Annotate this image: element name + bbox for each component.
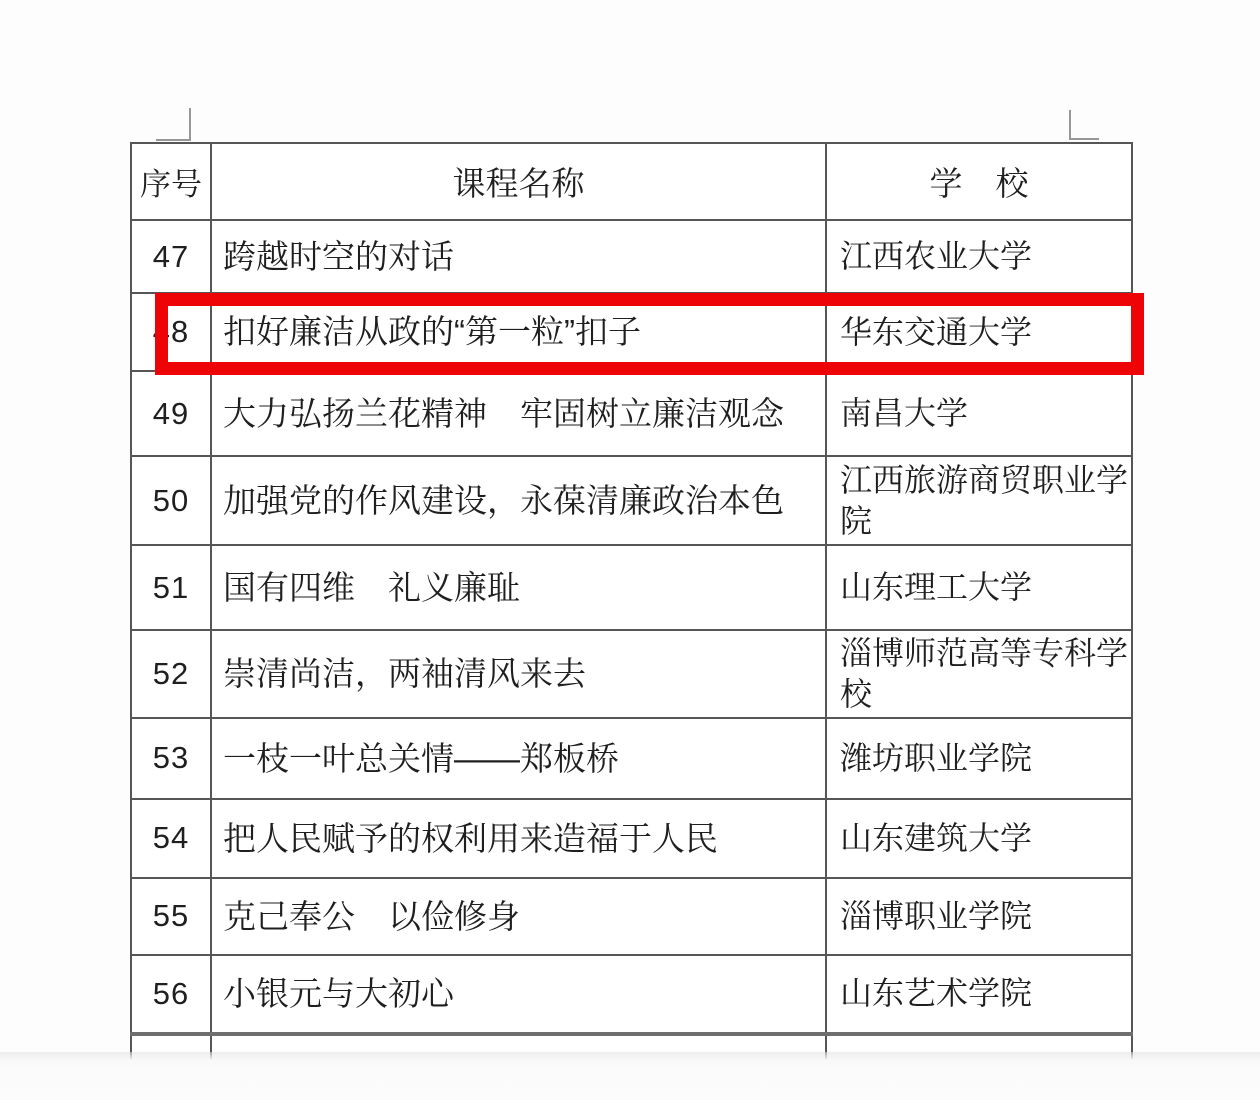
row-no: 56: [131, 955, 211, 1034]
highlight-box: [155, 293, 1144, 375]
header-school: 学 校: [826, 143, 1132, 220]
table-row: 56 小银元与大初心 山东艺术学院: [131, 955, 1132, 1034]
table-row: 50 加强党的作风建设，永葆清廉政治本色 江西旅游商贸职业学院: [131, 456, 1132, 545]
row-school: 潍坊职业学院: [826, 718, 1132, 799]
table-row: 53 一枝一叶总关情——郑板桥 潍坊职业学院: [131, 718, 1132, 799]
row-course: 一枝一叶总关情——郑板桥: [211, 718, 826, 799]
crop-artifact-line: [156, 139, 190, 141]
row-school: 江西旅游商贸职业学院: [826, 456, 1132, 545]
row-no: 54: [131, 799, 211, 878]
row-school: 淄博职业学院: [826, 878, 1132, 955]
row-no: 49: [131, 371, 211, 456]
table-row: 47 跨越时空的对话 江西农业大学: [131, 220, 1132, 293]
scanned-document-page: { "table": { "columns": { "no": "序号", "c…: [0, 0, 1260, 1100]
row-school: 南昌大学: [826, 371, 1132, 456]
row-school: 淄博师范高等专科学校: [826, 630, 1132, 718]
row-course: 跨越时空的对话: [211, 220, 826, 293]
row-no: 55: [131, 878, 211, 955]
header-course: 课程名称: [211, 143, 826, 220]
row-no: 50: [131, 456, 211, 545]
crop-artifact-line: [1069, 110, 1071, 140]
table-row: 51 国有四维 礼义廉耻 山东理工大学: [131, 545, 1132, 630]
row-school: 江西农业大学: [826, 220, 1132, 293]
crop-artifact-line: [189, 108, 191, 141]
row-no: 53: [131, 718, 211, 799]
table-row: 49 大力弘扬兰花精神 牢固树立廉洁观念 南昌大学: [131, 371, 1132, 456]
row-no: 47: [131, 220, 211, 293]
row-course: 大力弘扬兰花精神 牢固树立廉洁观念: [211, 371, 826, 456]
row-no: 51: [131, 545, 211, 630]
row-course: 崇清尚洁，两袖清风来去: [211, 630, 826, 718]
course-school-table: 序号 课程名称 学 校 47 跨越时空的对话 江西农业大学 48 扣好廉洁从政的…: [130, 142, 1133, 1060]
row-course: 国有四维 礼义廉耻: [211, 545, 826, 630]
row-school: 山东建筑大学: [826, 799, 1132, 878]
crop-artifact-line: [1070, 138, 1099, 140]
header-no: 序号: [131, 143, 211, 220]
table-row: 55 克己奉公 以俭修身 淄博职业学院: [131, 878, 1132, 955]
row-course: 把人民赋予的权利用来造福于人民: [211, 799, 826, 878]
page-bottom-fade: [0, 1052, 1260, 1100]
table-row: 52 崇清尚洁，两袖清风来去 淄博师范高等专科学校: [131, 630, 1132, 718]
table-row: 54 把人民赋予的权利用来造福于人民 山东建筑大学: [131, 799, 1132, 878]
row-course: 加强党的作风建设，永葆清廉政治本色: [211, 456, 826, 545]
row-school: 山东理工大学: [826, 545, 1132, 630]
table-header-row: 序号 课程名称 学 校: [131, 143, 1132, 220]
row-course: 小银元与大初心: [211, 955, 826, 1034]
row-no: 52: [131, 630, 211, 718]
row-course: 克己奉公 以俭修身: [211, 878, 826, 955]
row-school: 山东艺术学院: [826, 955, 1132, 1034]
